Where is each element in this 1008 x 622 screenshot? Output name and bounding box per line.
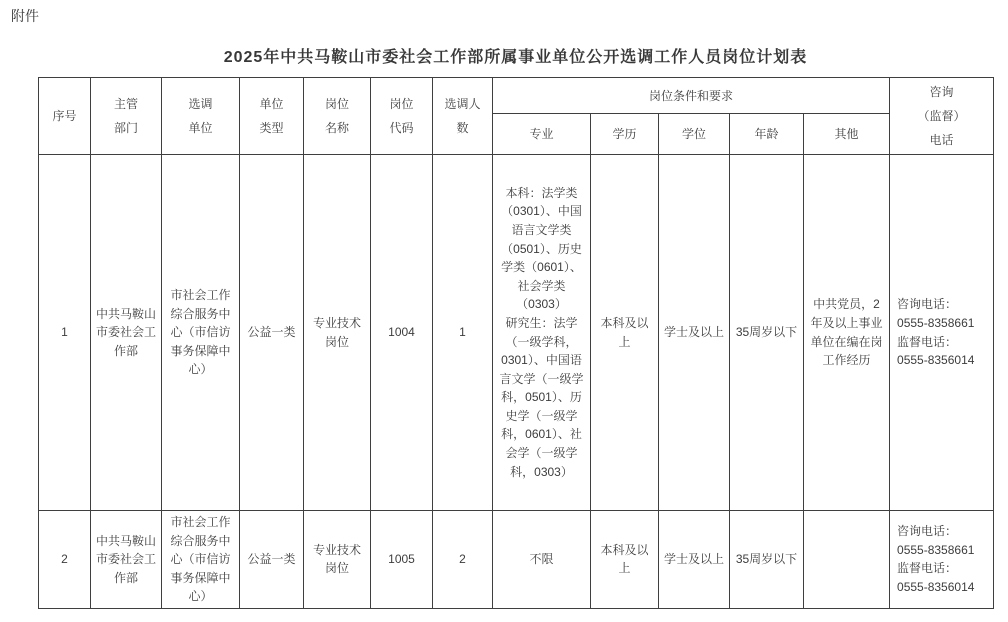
cell-count: 1 (433, 155, 493, 511)
cell-unit-type: 公益一类 (240, 155, 304, 511)
col-header-major: 专业 (493, 114, 591, 155)
col-header-count: 选调人 数 (433, 78, 493, 155)
cell-dept: 中共马鞍山市委社会工作部 (91, 511, 162, 609)
col-header-education: 学历 (591, 114, 659, 155)
col-header-unit: 选调 单位 (162, 78, 240, 155)
cell-post-name: 专业技术岗位 (304, 155, 371, 511)
col-header-conditions: 岗位条件和要求 (493, 78, 890, 114)
cell-age: 35周岁以下 (730, 155, 804, 511)
cell-other (804, 511, 890, 609)
table-row: 2 中共马鞍山市委社会工作部 市社会工作综合服务中心（市信访事务保障中心） 公益… (39, 511, 994, 609)
col-header-seq: 序号 (39, 78, 91, 155)
col-header-unit-type: 单位 类型 (240, 78, 304, 155)
col-header-post-name: 岗位 名称 (304, 78, 371, 155)
cell-unit-type: 公益一类 (240, 511, 304, 609)
col-header-other: 其他 (804, 114, 890, 155)
cell-dept: 中共马鞍山市委社会工作部 (91, 155, 162, 511)
page-title: 2025年中共马鞍山市委社会工作部所属事业单位公开选调工作人员岗位计划表 (38, 44, 993, 67)
cell-count: 2 (433, 511, 493, 609)
col-header-phone: 咨询 （监督） 电话 (890, 78, 994, 155)
cell-major: 本科：法学类（0301）、中国语言文学类（0501）、历史学类（0601）、社会… (493, 155, 591, 511)
table-row: 1 中共马鞍山市委社会工作部 市社会工作综合服务中心（市信访事务保障中心） 公益… (39, 155, 994, 511)
attachment-label: 附件 (11, 6, 39, 26)
cell-phone: 咨询电话： 0555-8358661 监督电话： 0555-8356014 (890, 155, 994, 511)
col-header-post-code: 岗位 代码 (371, 78, 433, 155)
cell-unit: 市社会工作综合服务中心（市信访事务保障中心） (162, 511, 240, 609)
cell-education: 本科及以上 (591, 511, 659, 609)
cell-post-code: 1005 (371, 511, 433, 609)
col-header-dept: 主管 部门 (91, 78, 162, 155)
header-row-top: 序号 主管 部门 选调 单位 单位 类型 岗位 名称 岗位 代码 选调人 数 岗… (39, 78, 994, 114)
cell-other: 中共党员，2年及以上事业单位在编在岗工作经历 (804, 155, 890, 511)
cell-phone: 咨询电话： 0555-8358661 监督电话： 0555-8356014 (890, 511, 994, 609)
cell-major: 不限 (493, 511, 591, 609)
cell-seq: 1 (39, 155, 91, 511)
cell-degree: 学士及以上 (659, 155, 730, 511)
col-header-age: 年龄 (730, 114, 804, 155)
cell-seq: 2 (39, 511, 91, 609)
cell-unit: 市社会工作综合服务中心（市信访事务保障中心） (162, 155, 240, 511)
cell-degree: 学士及以上 (659, 511, 730, 609)
cell-post-code: 1004 (371, 155, 433, 511)
positions-table: 序号 主管 部门 选调 单位 单位 类型 岗位 名称 岗位 代码 选调人 数 岗… (38, 77, 994, 609)
cell-education: 本科及以上 (591, 155, 659, 511)
col-header-degree: 学位 (659, 114, 730, 155)
cell-age: 35周岁以下 (730, 511, 804, 609)
cell-post-name: 专业技术岗位 (304, 511, 371, 609)
